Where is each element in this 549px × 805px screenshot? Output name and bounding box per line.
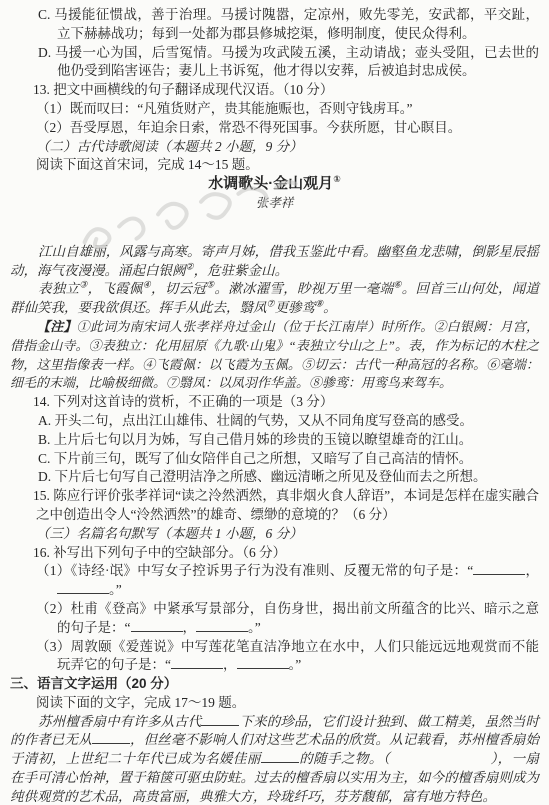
q14-option-d: D. 下片后七句写自己澄明洁净之所感、幽远清晰之所见及登仙而去之所想。 — [10, 468, 539, 487]
q16-item-1: （1）《诗经·氓》中写女子控诉男子行为没有准则、反覆无常的句子是：“，。” — [10, 562, 539, 600]
section-lang-header: 三、语言文字运用（20 分） — [10, 675, 539, 694]
question-13-item-2: （2）吾受厚恩，年迫余日索，常恐不得死国事。今获所愿，甘心瞑目。 — [36, 119, 539, 138]
option-label: B. — [38, 432, 50, 447]
question-text: 下列对这首诗的赏析，不正确的一项是（3 分） — [53, 394, 333, 409]
note-ref: ⑥ — [393, 280, 401, 290]
option-text: 上片后七句以月为姊，写自己借月姊的珍贵的玉镜以瞭望雄奇的江山。 — [54, 432, 473, 447]
question-text: 把文中画横线的句子翻译成现代汉语。（10 分） — [53, 82, 333, 97]
option-label: D. — [38, 45, 51, 60]
question-number: 14. — [33, 394, 50, 409]
question-number: 16. — [33, 545, 50, 560]
option-label: C. — [38, 451, 50, 466]
notes-label: 【注】 — [37, 319, 77, 334]
q16-item-2: （2）杜甫《登高》中紧承写景部分，自伤身世，揭出前文所蕴含的比兴、暗示之意的句子… — [10, 600, 539, 638]
section-3-header: （三）名篇名句默写（本题共 1 小题，6 分） — [36, 525, 539, 544]
poem-notes: 【注】①此词为南宋词人张孝祥舟过金山（位于长江南岸）时所作。②白银阙：月宫，借指… — [10, 318, 539, 393]
question-13-stem: 13. 把文中画横线的句子翻译成现代汉语。（10 分） — [10, 81, 539, 100]
note-ref: ① — [333, 174, 341, 184]
note-ref: ④ — [143, 280, 151, 290]
question-15-stem: 15. 陈应行评价张孝祥词“读之泠然洒然，真非烟火食人辞语”，本词是怎样在虚实融… — [10, 487, 539, 525]
note-ref: ③ — [79, 280, 87, 290]
option-text: 下片后七句写自己澄明洁净之所感、幽远清晰之所见及登仙而去之所想。 — [55, 469, 487, 484]
answer-blank — [131, 629, 183, 632]
q16-item-3: （3）周敦颐《爱莲说》中写莲花笔直洁净地立在水中，人们只能远远地观赏而不能玩弄它… — [10, 638, 539, 676]
question-text: 陈应行评价张孝祥词“读之泠然洒然，真非烟火食人辞语”，本词是怎样在虚实融合之中创… — [36, 488, 539, 522]
q14-option-a: A. 开头二句，点出江山雄伟、壮阔的气势，又从不同角度写登高的感受。 — [10, 412, 539, 431]
passage-paragraph: 苏州檀香扇中有许多从古代下来的珍品，它们设计独到、做工精美，虽然当时的作者已无从… — [10, 713, 539, 805]
answer-blank — [171, 666, 223, 669]
answer-blank — [196, 629, 248, 632]
option-label: A. — [38, 413, 51, 428]
option-text: 下片前三句，既写了仙女陪伴自己之所想，又暗写了自己高洁的情怀。 — [54, 451, 473, 466]
poem-stanza-2: 表独立③，飞霞佩④，切云冠⑤。漱冰濯雪，眇视万里一毫端⑥。回首三山何处，闻道群仙… — [10, 280, 539, 318]
answer-blank — [92, 741, 130, 744]
option-text: 马援一心为国，后雪冤情。马援为攻武陵五溪，主动请战；壶头受阻，已去世的他仍受到陷… — [55, 45, 539, 79]
poem-title: 水调歌头·金山观月① — [10, 175, 539, 194]
question-number: 13. — [33, 82, 50, 97]
question-13-item-1: （1）既而叹曰：“凡殖货财产，贵其能施赈也，否则守钱虏耳。” — [36, 100, 539, 119]
option-label: D. — [38, 469, 51, 484]
question-number: 15. — [33, 488, 50, 503]
option-label: C. — [38, 7, 50, 22]
note-ref: ⑦ — [267, 299, 275, 309]
answer-blank — [237, 666, 289, 669]
q14-option-b: B. 上片后七句以月为姊，写自己借月姊的珍贵的玉镜以瞭望雄奇的江山。 — [10, 431, 539, 450]
question-16-stem: 16. 补写出下列句子中的空缺部分。（6 分） — [10, 544, 539, 563]
notes-text: ①此词为南宋词人张孝祥舟过金山（位于长江南岸）时所作。②白银阙：月宫，借指金山寺… — [10, 319, 539, 390]
choice-option-c: C. 马援能征惯战，善于治理。马援讨隗嚣，定凉州，败先零羌，安武都，平交趾，立下… — [10, 6, 539, 44]
answer-blank — [261, 760, 299, 763]
note-ref: ② — [186, 261, 194, 271]
answer-blank — [473, 572, 525, 575]
note-ref: ⑧ — [315, 299, 323, 309]
poem-stanza-1: 江山自雄丽，风露与高寒。寄声月姊，借我玉鉴此中看。幽壑鱼龙悲啸，倒影星辰摇动，海… — [10, 243, 539, 281]
q14-option-c: C. 下片前三句，既写了仙女陪伴自己之所想，又暗写了自己高洁的情怀。 — [10, 450, 539, 469]
exam-paper-page: C. 马援能征惯战，善于治理。马援讨隗嚣，定凉州，败先零羌，安武都，平交趾，立下… — [0, 0, 549, 805]
question-text: 补写出下列句子中的空缺部分。（6 分） — [53, 545, 286, 560]
answer-blank — [201, 723, 239, 726]
section-2-instruction: 阅读下面这首宋词，完成 14～15 题。 — [36, 156, 539, 175]
option-text: 马援能征惯战，善于治理。马援讨隗嚣，定凉州，败先零羌，安武都，平交趾，立下赫赫战… — [54, 7, 539, 41]
choice-option-d: D. 马援一心为国，后雪冤情。马援为攻武陵五溪，主动请战；壶头受阻，已去世的他仍… — [10, 44, 539, 82]
answer-blank — [57, 591, 109, 594]
section-2-header: （二）古代诗歌阅读（本题共 2 小题，9 分） — [36, 138, 539, 157]
poem-author: 张孝祥 — [10, 194, 539, 213]
option-text: 开头二句，点出江山雄伟、壮阔的气势，又从不同角度写登高的感受。 — [55, 413, 474, 428]
question-14-stem: 14. 下列对这首诗的赏析，不正确的一项是（3 分） — [10, 393, 539, 412]
section-lang-instruction: 阅读下面的文字，完成 17～19 题。 — [36, 694, 539, 713]
